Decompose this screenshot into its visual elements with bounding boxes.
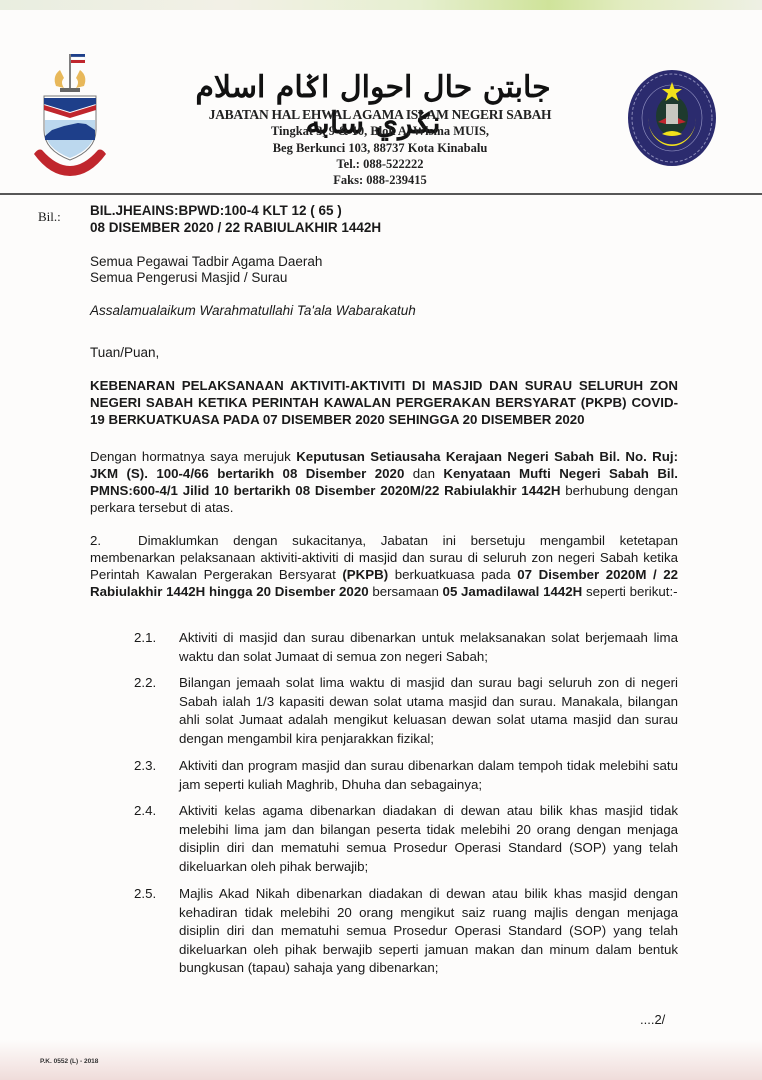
paragraph-2: 2.Dimaklumkan dengan sukacitanya, Jabata… xyxy=(90,532,678,600)
letterhead-divider xyxy=(0,193,762,195)
sabah-crest-icon xyxy=(30,50,110,180)
photo-bottom-edge xyxy=(0,1040,762,1080)
continued-marker: ....2/ xyxy=(640,1012,665,1027)
address-line-2: Beg Berkunci 103, 88737 Kota Kinabalu xyxy=(180,141,580,156)
department-name: JABATAN HAL EHWAL AGAMA ISLAM NEGERI SAB… xyxy=(180,107,580,123)
recipient-1: Semua Pegawai Tadbir Agama Daerah xyxy=(90,254,322,269)
address-line-1: Tingkat 3, 9 & 10, Blok A, Wisma MUIS, xyxy=(180,124,580,139)
form-code: P.K. 0552 (L) - 2018 xyxy=(40,1058,98,1065)
list-item: 2.3.Aktiviti dan program masjid dan sura… xyxy=(134,757,678,794)
list-item: 2.5.Majlis Akad Nikah dibenarkan diadaka… xyxy=(134,885,678,978)
list-item: 2.1.Aktiviti di masjid dan surau dibenar… xyxy=(134,629,678,666)
reference-number: BIL.JHEAINS:BPWD:100-4 KLT 12 ( 65 ) xyxy=(90,203,342,218)
letter-date: 08 DISEMBER 2020 / 22 RABIULAKHIR 1442H xyxy=(90,220,381,235)
photo-top-edge xyxy=(0,0,762,10)
reference-label: Bil.: xyxy=(38,209,61,225)
list-item: 2.2.Bilangan jemaah solat lima waktu di … xyxy=(134,674,678,748)
telephone: Tel.: 088-522222 xyxy=(180,157,580,172)
list-item: 2.4.Aktiviti kelas agama dibenarkan diad… xyxy=(134,802,678,876)
muis-emblem-icon xyxy=(626,68,718,168)
subject-heading: KEBENARAN PELAKSANAAN AKTIVITI-AKTIVITI … xyxy=(90,377,678,428)
salutation: Tuan/Puan, xyxy=(90,345,159,360)
recipient-2: Semua Pengerusi Masjid / Surau xyxy=(90,270,287,285)
fax: Faks: 088-239415 xyxy=(180,173,580,188)
greeting: Assalamualaikum Warahmatullahi Ta'ala Wa… xyxy=(90,303,416,318)
paragraph-1: Dengan hormatnya saya merujuk Keputusan … xyxy=(90,448,678,516)
